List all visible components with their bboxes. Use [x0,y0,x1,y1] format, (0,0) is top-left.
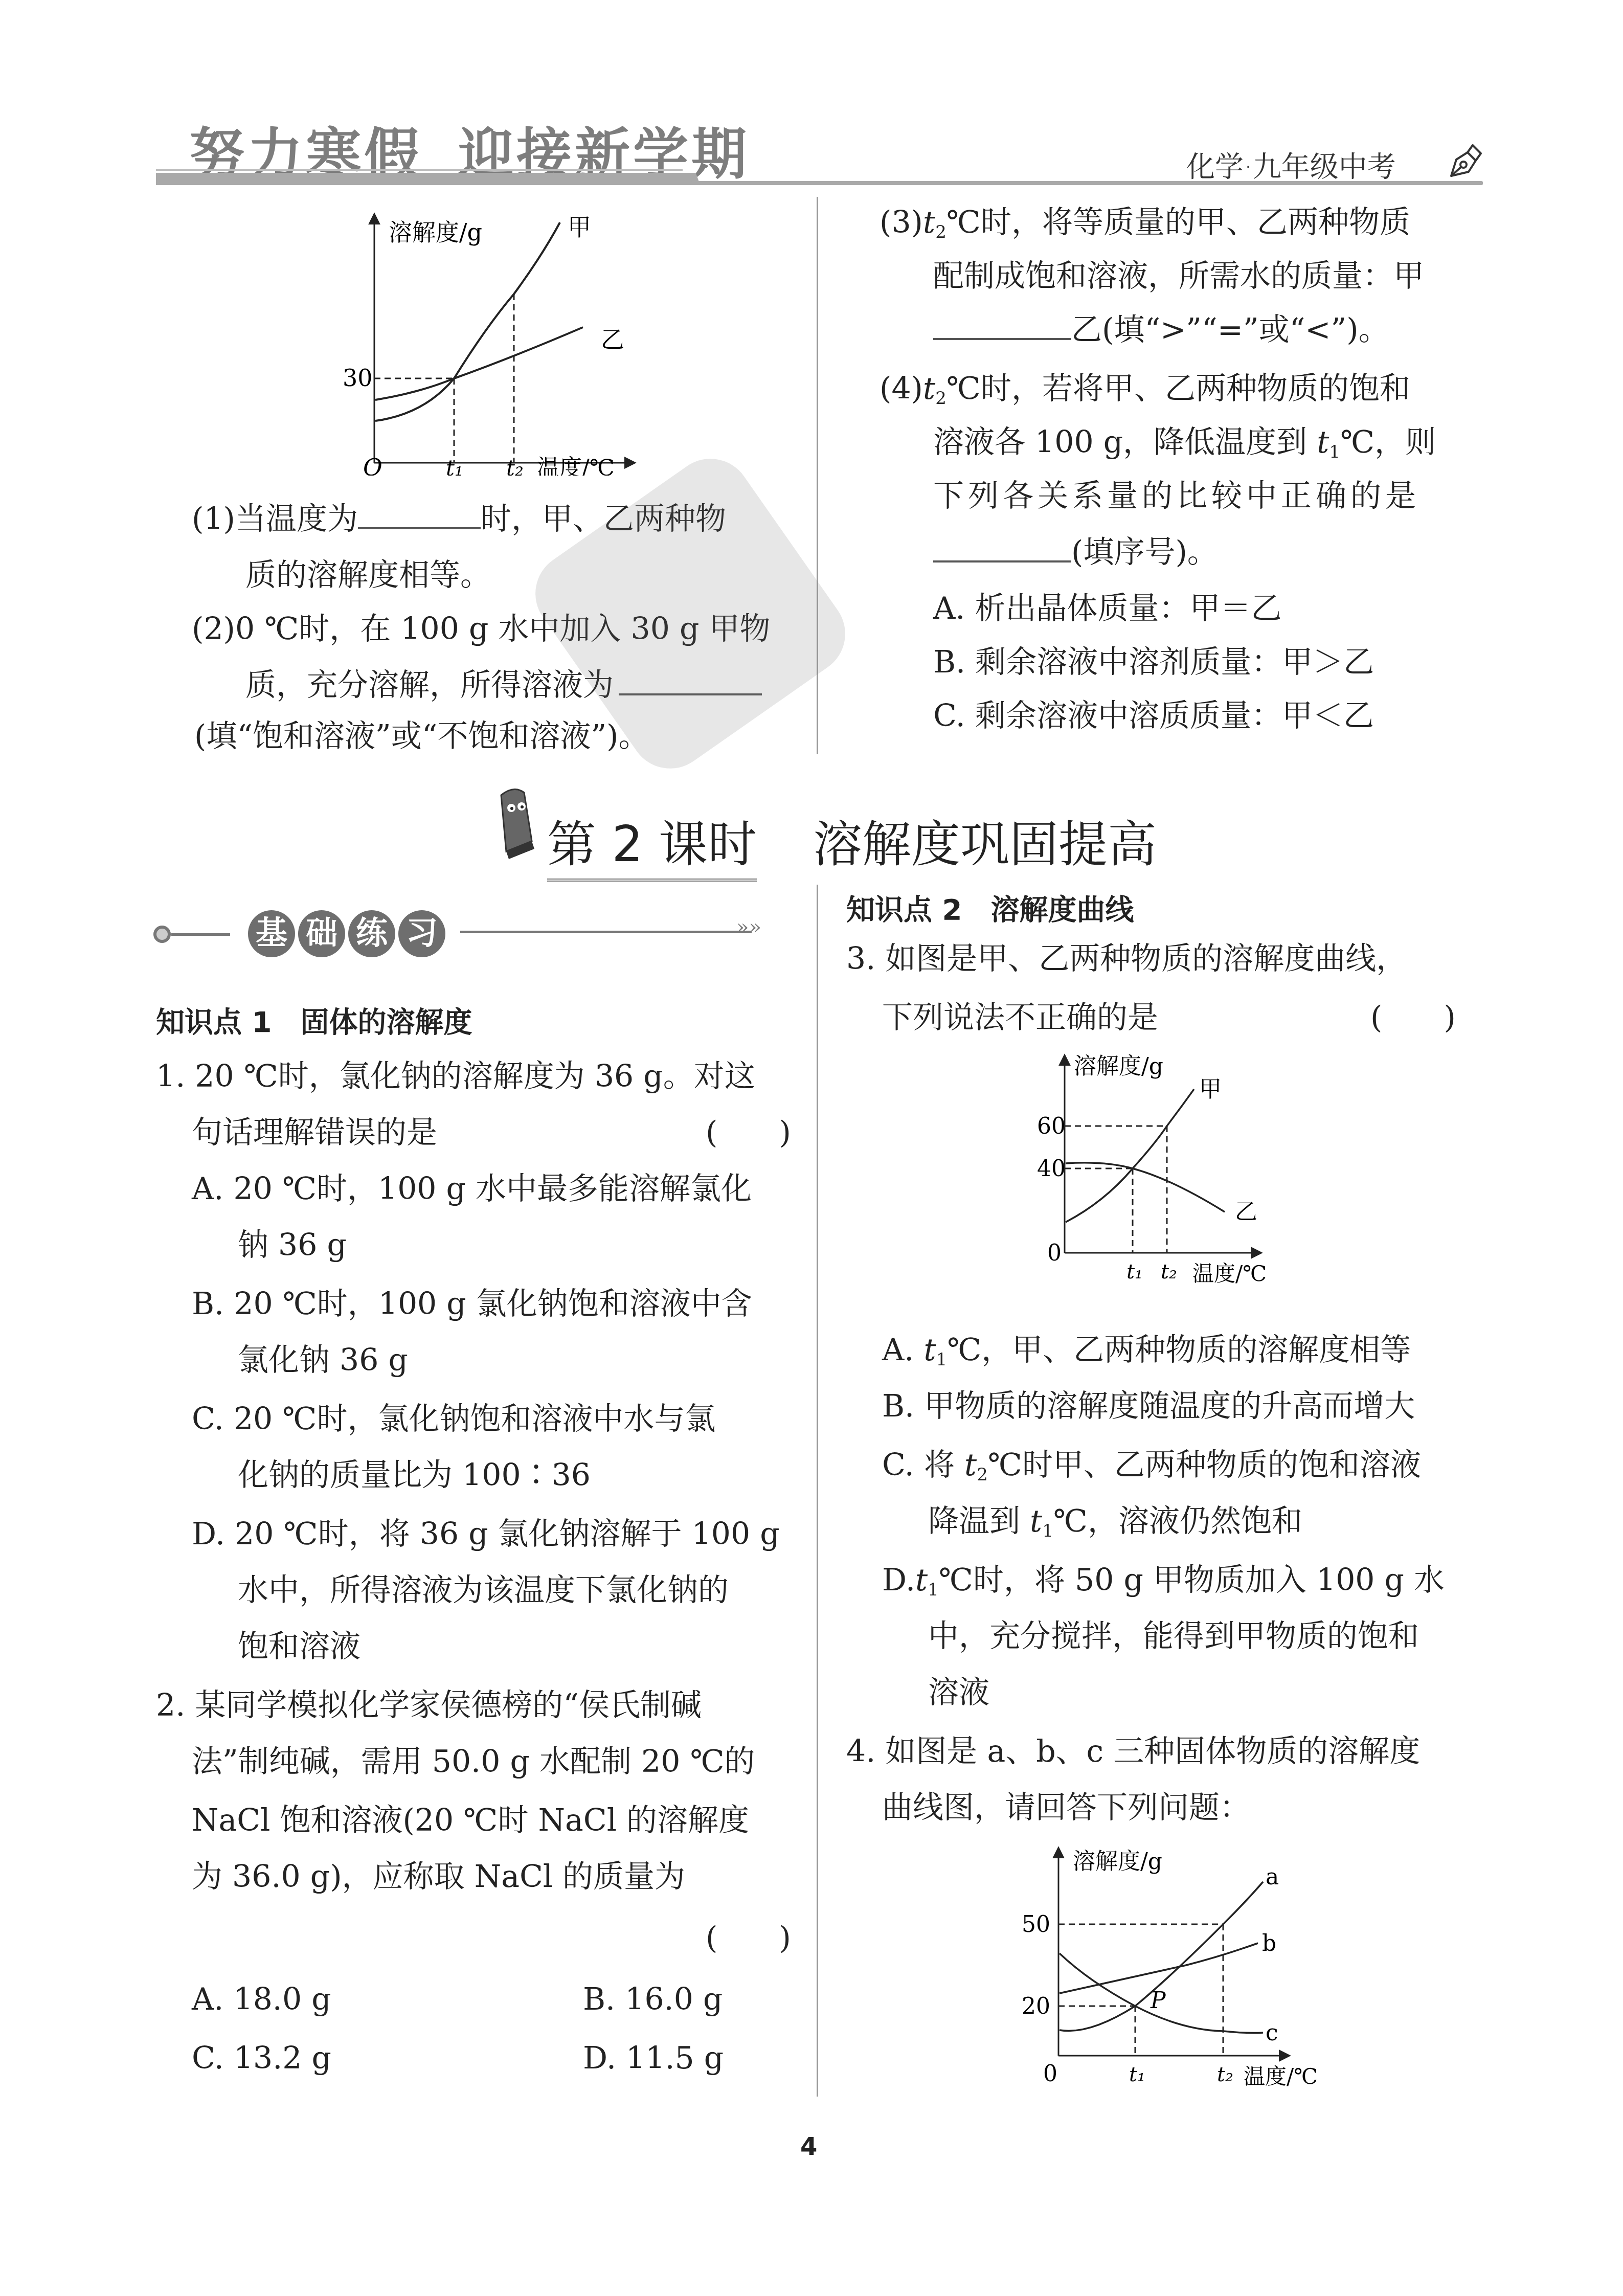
q3-line1: 3. 如图是甲、乙两种物质的溶解度曲线， [846,943,1407,974]
subq-4-line2: 溶液各 100 g，降低温度到 t1℃，则 [933,427,1436,467]
series-label-jia: 甲 [568,213,591,241]
x-tick-t2: t₂ [506,456,524,476]
subq-3-line1: (3)t2℃时，将等质量的甲、乙两种物质 [880,207,1410,247]
q3-option-c-line1: C. 将 t2℃时甲、乙两种物质的饱和溶液 [882,1450,1421,1490]
y-tick-20: 20 [1022,1993,1050,2019]
q2-option-b: B. 16.0 g [583,1984,723,2015]
subq-4-line1: (4)t2℃时，若将甲、乙两种物质的饱和 [880,373,1410,414]
answer-blank-2[interactable] [619,693,762,695]
eraser-mascot-icon [491,785,537,862]
column-divider-top [817,197,818,754]
subq-2-line1: (2)0 ℃时，在 100 g 水中加入 30 g 甲物 [192,614,770,644]
subq-4-option-b: B. 剩余溶液中溶剂质量：甲＞乙 [933,647,1374,678]
q1-option-b-line2: 氯化钠 36 g [238,1345,408,1376]
q1-option-c-line2: 化钠的质量比为 100∶36 [238,1460,591,1491]
x-tick-t1: t₁ [446,456,463,476]
origin-label: 0 [1047,1240,1062,1266]
lesson-number: 第 2 课时 [547,805,757,882]
knowledge-point-1: 知识点 1 固体的溶解度 [156,1000,472,1041]
q3-option-d-line1: D.t1℃时，将 50 g 甲物质加入 100 g 水 [882,1565,1445,1605]
subq-2-line3: (填“饱和溶液”或“不饱和溶液”)。 [194,721,649,752]
q3-option-c-line2: 降温到 t1℃，溶液仍然饱和 [928,1506,1302,1546]
lesson-title: 第 2 课时溶解度巩固提高 [547,805,1157,882]
x-tick-t2: t₂ [1161,1260,1177,1284]
x-axis-label: 温度/℃ [537,455,615,476]
banner-char-2: 础 [298,910,345,957]
banner-line-right [460,931,752,933]
q2-option-c: C. 13.2 g [192,2043,331,2074]
x-tick-t1: t₁ [1126,1260,1143,1284]
answer-blank-4[interactable] [933,560,1071,562]
q2-line2: 法”制纯碱，需用 50.0 g 水配制 20 ℃的 [192,1746,755,1777]
series-label-yi: 乙 [601,326,624,353]
series-label-b: b [1262,1930,1276,1956]
q2-line4: 为 36.0 g)，应称取 NaCl 的质量为 [192,1861,685,1892]
banner-char-4: 习 [398,910,445,957]
q1-option-d-line1: D. 20 ℃时，将 36 g 氯化钠溶解于 100 g [192,1519,780,1549]
page-number: 4 [800,2132,817,2161]
q3-option-b: B. 甲物质的溶解度随温度的升高而增大 [882,1391,1415,1422]
banner-char-1: 基 [248,910,295,957]
y-axis-label: 溶解度/g [1073,1849,1162,1875]
solubility-chart-2: 溶解度/g 甲 乙 60 40 0 t₁ t₂ 温度/℃ [1028,1048,1335,1324]
solubility-chart-1: 溶解度/g 甲 乙 30 O t₁ t₂ 温度/℃ [327,199,644,476]
q2-option-d: D. 11.5 g [583,2043,724,2074]
q1-option-a-line1: A. 20 ℃时，100 g 水中最多能溶解氯化 [192,1174,752,1204]
series-label-jia: 甲 [1199,1076,1222,1102]
banner-dot [153,926,171,943]
q3-option-d-line2: 中，充分搅拌，能得到甲物质的饱和 [928,1621,1419,1652]
subq-1-line2: 质的溶解度相等。 [245,560,491,591]
header-rule-thin [156,169,683,171]
x-tick-t2: t₂ [1217,2063,1233,2086]
point-label-p: P [1150,1988,1166,2014]
pen-nib-icon [1447,142,1483,179]
q3-option-d-line3: 溶液 [928,1677,989,1708]
q2-option-a: A. 18.0 g [192,1984,331,2015]
series-label-yi: 乙 [1235,1199,1257,1225]
q3-answer-paren[interactable]: ( ) [1370,1002,1456,1033]
banner-char-3: 练 [348,910,395,957]
y-axis-label: 溶解度/g [389,218,482,246]
q1-option-c-line1: C. 20 ℃时，氯化钠饱和溶液中水与氯 [192,1404,715,1434]
subq-4-line4: (填序号)。 [933,537,1218,568]
y-axis-label: 溶解度/g [1074,1053,1163,1079]
q1-line1: 1. 20 ℃时，氯化钠的溶解度为 36 g。对这 [156,1061,755,1092]
q2-line1: 2. 某同学模拟化学家侯德榜的“侯氏制碱 [156,1690,702,1721]
subq-4-option-a: A. 析出晶体质量：甲＝乙 [933,593,1281,624]
x-axis-label: 温度/℃ [1244,2064,1318,2089]
series-label-a: a [1266,1864,1279,1890]
q1-line2: 句话理解错误的是 [192,1117,437,1148]
y-tick-60: 60 [1037,1113,1066,1139]
solubility-chart-3: 溶解度/g a b c P 50 20 0 t₁ t₂ 温度/℃ [1002,1843,1329,2109]
q1-option-d-line3: 饱和溶液 [238,1631,360,1662]
q3-line2: 下列说法不正确的是 [882,1002,1158,1033]
origin-label: O [363,454,382,476]
chevrons-icon: »» [736,915,761,939]
subq-1-line1: (1)当温度为时，甲、乙两种物 [192,504,726,534]
q2-answer-paren[interactable]: ( ) [706,1923,791,1953]
y-tick-30: 30 [343,364,373,392]
x-axis-label: 温度/℃ [1192,1261,1267,1286]
column-divider-bottom [817,885,818,2097]
x-tick-t1: t₁ [1129,2063,1145,2086]
y-tick-50: 50 [1022,1911,1050,1938]
subq-3-line3: 乙(填“>”“=”或“<”)。 [933,314,1389,345]
q1-option-b-line1: B. 20 ℃时，100 g 氯化钠饱和溶液中含 [192,1289,752,1319]
subq-4-line3: 下列各关系量的比较中正确的是 [933,481,1420,511]
origin-label: 0 [1043,2061,1057,2087]
q1-option-d-line2: 水中，所得溶液为该温度下氯化钠的 [238,1575,729,1606]
q4-line2: 曲线图，请回答下列问题： [882,1792,1250,1823]
q3-option-a: A. t1℃，甲、乙两种物质的溶解度相等 [882,1335,1411,1375]
y-tick-40: 40 [1037,1156,1066,1182]
series-label-c: c [1266,2020,1278,2046]
subq-4-option-c: C. 剩余溶液中溶质质量：甲＜乙 [933,701,1374,731]
q1-answer-paren[interactable]: ( ) [706,1117,791,1148]
subq-3-line2: 配制成饱和溶液，所需水的质量：甲 [933,261,1424,291]
lesson-topic: 溶解度巩固提高 [813,816,1157,873]
q4-line1: 4. 如图是 a、b、c 三种固体物质的溶解度 [846,1736,1420,1767]
header-rule-thick [156,173,688,185]
q1-option-a-line2: 钠 36 g [238,1230,347,1260]
subq-2-line2: 质，充分溶解，所得溶液为 [245,670,762,701]
banner-line-left [171,933,230,936]
q2-line3: NaCl 饱和溶液(20 ℃时 NaCl 的溶解度 [192,1805,749,1836]
answer-blank-3[interactable] [933,338,1071,340]
header-subject: 化学·九年级中考 [1186,144,1396,185]
knowledge-point-2: 知识点 2 溶解度曲线 [846,887,1134,928]
answer-blank-1[interactable] [358,527,481,529]
